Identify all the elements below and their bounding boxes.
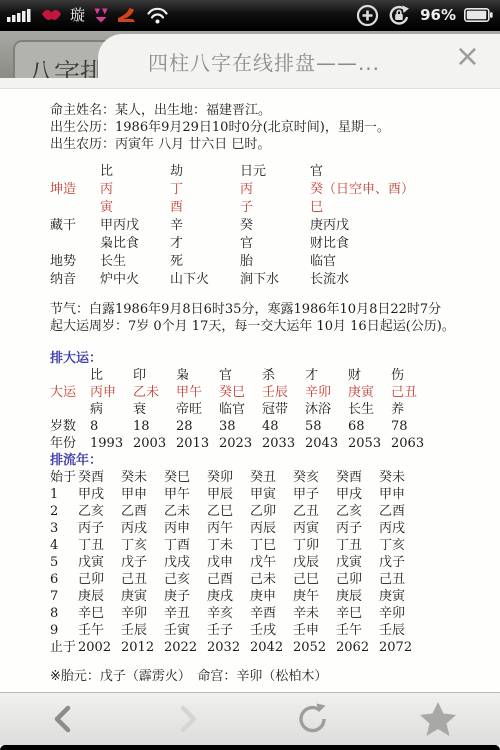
- table-cell: 18: [133, 418, 176, 435]
- table-cell: 丙: [240, 181, 310, 199]
- table-cell: 甲子: [293, 486, 336, 503]
- table-cell: 甲戌: [78, 486, 121, 503]
- table-cell: 乙丑: [293, 503, 336, 520]
- table-cell: 丁: [170, 181, 240, 199]
- table-cell: 1993: [90, 435, 133, 452]
- row-label: 坤造: [50, 181, 100, 199]
- row-label: 始于: [50, 469, 78, 486]
- table-cell: 财: [348, 367, 391, 384]
- tab-bottom-strip: [0, 78, 500, 88]
- row-label: [50, 401, 90, 418]
- name-line: 命主姓名：某人，出生地：福建晋江。: [50, 102, 500, 119]
- table-cell: 胎: [240, 253, 310, 271]
- table-row: 年份19932003201320232033204320532063: [50, 435, 500, 452]
- row-label: 藏干: [50, 217, 100, 235]
- table-cell: 临官: [310, 253, 380, 271]
- table-cell: 日元: [240, 163, 310, 181]
- row-label: [50, 199, 100, 217]
- table-cell: 丁未: [207, 537, 250, 554]
- table-row: 岁数818283848586878: [50, 418, 500, 435]
- table-cell: 辛酉: [250, 605, 293, 622]
- liunian-table: 始于癸酉癸未癸巳癸卯癸丑癸亥癸酉癸未1甲戌甲申甲午甲辰甲寅甲子甲戌甲申2乙亥乙酉…: [50, 469, 500, 656]
- table-cell: 才: [170, 235, 240, 253]
- table-row: 4丁丑丁亥丁酉丁未丁巳丁卯丁丑丁亥: [50, 537, 500, 554]
- row-label: 止于: [50, 639, 78, 656]
- table-cell: 巳: [310, 199, 380, 217]
- status-bar: 璇: [0, 0, 500, 30]
- table-cell: 酉: [170, 199, 240, 217]
- table-cell: 杀: [262, 367, 305, 384]
- table-cell: 癸（日空申、酉）: [310, 181, 380, 199]
- phone-screen: 璇: [0, 0, 500, 750]
- table-row: 寅酉子巳: [50, 199, 500, 217]
- table-cell: 丙戌: [121, 520, 164, 537]
- table-cell: 2063: [391, 435, 434, 452]
- table-cell: 壬寅: [164, 622, 207, 639]
- table-cell: 庚丙戊: [310, 217, 380, 235]
- table-cell: 2033: [262, 435, 305, 452]
- table-row: 比劫日元官: [50, 163, 500, 181]
- table-cell: 长流水: [310, 271, 380, 289]
- table-cell: 乙亥: [78, 503, 121, 520]
- table-row: 坤造丙丁丙癸（日空申、酉）: [50, 181, 500, 199]
- table-cell: 长生: [100, 253, 170, 271]
- table-row: 2乙亥乙酉乙未乙巳乙卯乙丑乙亥乙酉: [50, 503, 500, 520]
- close-tab-icon[interactable]: ×: [455, 42, 480, 72]
- table-row: 枭比食才官财比食: [50, 235, 500, 253]
- table-cell: 庚辰: [78, 588, 121, 605]
- table-cell: 枭比食: [100, 235, 170, 253]
- table-cell: 壬辰: [379, 622, 422, 639]
- table-cell: 寅: [100, 199, 170, 217]
- table-cell: 甲寅: [250, 486, 293, 503]
- table-cell: 己亥: [164, 571, 207, 588]
- refresh-icon: [295, 701, 331, 737]
- table-cell: 2062: [336, 639, 379, 656]
- table-cell: 己未: [250, 571, 293, 588]
- table-cell: 枭: [176, 367, 219, 384]
- table-cell: 甲午: [176, 384, 219, 401]
- table-row: 纳音炉中火山下火涧下水长流水: [50, 271, 500, 289]
- table-cell: 伤: [391, 367, 434, 384]
- row-label: 1: [50, 486, 78, 503]
- rotation-lock-icon: [387, 4, 412, 27]
- table-cell: 28: [176, 418, 219, 435]
- table-row: 3丙子丙戌丙申丙午丙辰丙寅丙子丙戌: [50, 520, 500, 537]
- table-row: 8辛巳辛卯辛丑辛亥辛酉辛未辛巳辛卯: [50, 605, 500, 622]
- table-cell: 才: [305, 367, 348, 384]
- table-cell: 戊寅: [336, 554, 379, 571]
- dayun-heading: 排大运：: [50, 350, 500, 367]
- browser-tab-bar: 八字排 四柱八字在线排盘——... ×: [0, 30, 500, 88]
- table-cell: 2022: [164, 639, 207, 656]
- table-cell: 丁丑: [336, 537, 379, 554]
- table-cell: 辛巳: [336, 605, 379, 622]
- row-label: 纳音: [50, 271, 100, 289]
- table-cell: 死: [170, 253, 240, 271]
- lunar-birth-line: 出生农历：丙寅年 八月 廿六日 巳时。: [50, 136, 500, 153]
- table-cell: 财比食: [310, 235, 380, 253]
- table-cell: 病: [90, 401, 133, 418]
- row-label: 3: [50, 520, 78, 537]
- table-cell: 庚寅: [121, 588, 164, 605]
- battery-icon: [464, 8, 493, 22]
- table-cell: 帝旺: [176, 401, 219, 418]
- table-cell: 2003: [133, 435, 176, 452]
- table-cell: 冠带: [262, 401, 305, 418]
- star-icon: [419, 701, 457, 737]
- wifi-icon: [146, 7, 169, 24]
- table-cell: 丙寅: [293, 520, 336, 537]
- table-row: 病衰帝旺临官冠带沐浴长生养: [50, 401, 500, 418]
- table-cell: 甲辰: [207, 486, 250, 503]
- table-cell: 辛卯: [305, 384, 348, 401]
- table-cell: 辛未: [293, 605, 336, 622]
- table-cell: 癸卯: [207, 469, 250, 486]
- table-cell: 己酉: [207, 571, 250, 588]
- solar-birth-line: 出生公历：1986年9月29日10时0分(北京时间)，星期一。: [50, 119, 500, 136]
- row-label: 大运: [50, 384, 90, 401]
- back-button[interactable]: [28, 696, 98, 742]
- table-cell: 官: [240, 235, 310, 253]
- table-cell: 8: [90, 418, 133, 435]
- screen-bottom-strip: [0, 745, 500, 750]
- table-cell: 2032: [207, 639, 250, 656]
- row-label: 8: [50, 605, 78, 622]
- table-row: 9壬午壬辰壬寅壬子壬戌壬申壬午壬辰: [50, 622, 500, 639]
- table-cell: 丁亥: [121, 537, 164, 554]
- table-cell: 戊子: [379, 554, 422, 571]
- row-label: [50, 367, 90, 384]
- jieqi-line: 节气：白露1986年9月8日6时35分，寒露1986年10月8日22时7分: [50, 301, 500, 318]
- table-cell: 2002: [78, 639, 121, 656]
- table-cell: 己巳: [293, 571, 336, 588]
- table-cell: 己丑: [121, 571, 164, 588]
- table-cell: 丙午: [207, 520, 250, 537]
- table-row: 止于20022012202220322042205220622072: [50, 639, 500, 656]
- table-cell: 乙酉: [379, 503, 422, 520]
- table-cell: 养: [391, 401, 434, 418]
- table-cell: 78: [391, 418, 434, 435]
- table-cell: 壬申: [293, 622, 336, 639]
- table-cell: 48: [262, 418, 305, 435]
- table-cell: 临官: [219, 401, 262, 418]
- table-cell: 庚申: [250, 588, 293, 605]
- table-cell: 乙未: [164, 503, 207, 520]
- table-cell: 甲午: [164, 486, 207, 503]
- table-cell: 官: [310, 163, 380, 181]
- table-cell: 乙卯: [250, 503, 293, 520]
- table-cell: 甲丙戊: [100, 217, 170, 235]
- table-cell: 癸酉: [336, 469, 379, 486]
- high-heel-emoji-icon: [117, 7, 138, 23]
- row-label: [50, 235, 100, 253]
- row-label: 岁数: [50, 418, 90, 435]
- taiyuan-minggong-line: ※胎元：戊子（霹雳火） 命宫：辛卯（松柏木）: [50, 668, 500, 685]
- table-cell: 乙亥: [336, 503, 379, 520]
- table-cell: 戊寅: [78, 554, 121, 571]
- table-cell: 庚寅: [348, 384, 391, 401]
- table-cell: 2053: [348, 435, 391, 452]
- table-cell: 戊辰: [293, 554, 336, 571]
- table-cell: 壬辰: [262, 384, 305, 401]
- table-cell: 辛卯: [379, 605, 422, 622]
- table-cell: 甲申: [379, 486, 422, 503]
- table-cell: 辛巳: [78, 605, 121, 622]
- table-cell: 庚辰: [336, 588, 379, 605]
- table-cell: 38: [219, 418, 262, 435]
- table-cell: 癸亥: [293, 469, 336, 486]
- table-cell: 丙辰: [250, 520, 293, 537]
- jieqi-block: 节气：白露1986年9月8日6时35分，寒露1986年10月8日22时7分 起大…: [50, 301, 500, 335]
- table-cell: 丁卯: [293, 537, 336, 554]
- table-cell: 己丑: [379, 571, 422, 588]
- table-cell: 印: [133, 367, 176, 384]
- table-cell: 癸未: [121, 469, 164, 486]
- table-cell: 2013: [176, 435, 219, 452]
- table-cell: 沐浴: [305, 401, 348, 418]
- battery-percent-label: 96%: [420, 6, 456, 24]
- table-cell: 甲申: [121, 486, 164, 503]
- forward-chevron-icon: [177, 705, 199, 733]
- row-label: 6: [50, 571, 78, 588]
- table-row: 大运丙申乙未甲午癸巳壬辰辛卯庚寅己丑: [50, 384, 500, 401]
- table-cell: 2012: [121, 639, 164, 656]
- table-cell: 劫: [170, 163, 240, 181]
- birth-info-block: 命主姓名：某人，出生地：福建晋江。 出生公历：1986年9月29日10时0分(北…: [50, 102, 500, 153]
- four-pillars-table: 比劫日元官坤造丙丁丙癸（日空申、酉）寅酉子巳藏干甲丙戊辛癸庚丙戊枭比食才官财比食…: [50, 163, 500, 289]
- table-cell: 衰: [133, 401, 176, 418]
- table-cell: 2043: [305, 435, 348, 452]
- row-label: 年份: [50, 435, 90, 452]
- table-cell: 丁亥: [379, 537, 422, 554]
- bookmark-button[interactable]: [403, 696, 473, 742]
- row-label: 9: [50, 622, 78, 639]
- table-cell: 庚寅: [379, 588, 422, 605]
- table-row: 5戊寅戊子戊戌戊申戊午戊辰戊寅戊子: [50, 554, 500, 571]
- liunian-heading: 排流年：: [50, 452, 500, 469]
- table-row: 6己卯己丑己亥己酉己未己巳己卯己丑: [50, 571, 500, 588]
- table-cell: 壬子: [207, 622, 250, 639]
- row-label: 地势: [50, 253, 100, 271]
- table-row: 1甲戌甲申甲午甲辰甲寅甲子甲戌甲申: [50, 486, 500, 503]
- carrier-label: 璇: [70, 8, 85, 23]
- table-row: 藏干甲丙戊辛癸庚丙戊: [50, 217, 500, 235]
- table-row: 比印枭官杀才财伤: [50, 367, 500, 384]
- table-cell: 丁酉: [164, 537, 207, 554]
- tab-title: 四柱八字在线排盘——...: [148, 47, 450, 76]
- table-cell: 甲戌: [336, 486, 379, 503]
- table-cell: 丙戌: [379, 520, 422, 537]
- table-cell: 己丑: [391, 384, 434, 401]
- table-cell: 乙酉: [121, 503, 164, 520]
- table-cell: 壬午: [78, 622, 121, 639]
- table-cell: 己卯: [78, 571, 121, 588]
- signal-strength-icon: [7, 8, 33, 22]
- table-cell: 丁丑: [78, 537, 121, 554]
- table-cell: 癸巳: [164, 469, 207, 486]
- table-cell: 辛卯: [121, 605, 164, 622]
- table-cell: 丙申: [164, 520, 207, 537]
- lips-emoji-icon: [41, 8, 62, 23]
- table-cell: 戊子: [121, 554, 164, 571]
- table-cell: 辛亥: [207, 605, 250, 622]
- table-cell: 2052: [293, 639, 336, 656]
- refresh-button[interactable]: [278, 696, 348, 742]
- row-label: [50, 163, 100, 181]
- table-cell: 比: [90, 367, 133, 384]
- row-label: 7: [50, 588, 78, 605]
- table-cell: 乙未: [133, 384, 176, 401]
- table-cell: 丁巳: [250, 537, 293, 554]
- table-cell: 癸酉: [78, 469, 121, 486]
- table-cell: 68: [348, 418, 391, 435]
- add-circle-icon: [356, 4, 379, 27]
- forward-button[interactable]: [153, 696, 223, 742]
- table-cell: 丙申: [90, 384, 133, 401]
- table-cell: 壬午: [336, 622, 379, 639]
- table-cell: 涧下水: [240, 271, 310, 289]
- table-cell: 癸: [240, 217, 310, 235]
- table-row: 始于癸酉癸未癸巳癸卯癸丑癸亥癸酉癸未: [50, 469, 500, 486]
- table-cell: 乙巳: [207, 503, 250, 520]
- table-cell: 官: [219, 367, 262, 384]
- table-cell: 2042: [250, 639, 293, 656]
- table-cell: 戊午: [250, 554, 293, 571]
- table-cell: 子: [240, 199, 310, 217]
- browser-toolbar: [0, 692, 500, 745]
- page-content: 命主姓名：某人，出生地：福建晋江。 出生公历：1986年9月29日10时0分(北…: [0, 88, 500, 692]
- back-chevron-icon: [52, 705, 74, 733]
- table-cell: 丙: [100, 181, 170, 199]
- table-cell: 戊申: [207, 554, 250, 571]
- table-cell: 壬戌: [250, 622, 293, 639]
- row-label: 4: [50, 537, 78, 554]
- table-cell: 丙子: [78, 520, 121, 537]
- dayun-table: 比印枭官杀才财伤大运丙申乙未甲午癸巳壬辰辛卯庚寅己丑病衰帝旺临官冠带沐浴长生养岁…: [50, 367, 500, 452]
- table-cell: 比: [100, 163, 170, 181]
- table-cell: 癸巳: [219, 384, 262, 401]
- table-cell: 己卯: [336, 571, 379, 588]
- table-cell: 辛丑: [164, 605, 207, 622]
- table-cell: 癸未: [379, 469, 422, 486]
- table-cell: 庚午: [293, 588, 336, 605]
- table-cell: 庚子: [164, 588, 207, 605]
- table-row: 地势长生死胎临官: [50, 253, 500, 271]
- table-row: 7庚辰庚寅庚子庚戌庚申庚午庚辰庚寅: [50, 588, 500, 605]
- qiyun-line: 起大运周岁：7岁 0个月 17天，每一交大运年 10月 16日起运(公历)。: [50, 318, 500, 335]
- bikini-emoji-icon: [93, 7, 109, 23]
- table-cell: 58: [305, 418, 348, 435]
- table-cell: 2023: [219, 435, 262, 452]
- table-cell: 壬辰: [121, 622, 164, 639]
- table-cell: 戊戌: [164, 554, 207, 571]
- table-cell: 山下火: [170, 271, 240, 289]
- table-cell: 癸丑: [250, 469, 293, 486]
- table-cell: 2072: [379, 639, 422, 656]
- table-cell: 庚戌: [207, 588, 250, 605]
- table-cell: 辛: [170, 217, 240, 235]
- row-label: 2: [50, 503, 78, 520]
- row-label: 5: [50, 554, 78, 571]
- table-cell: 长生: [348, 401, 391, 418]
- table-cell: 炉中火: [100, 271, 170, 289]
- table-cell: 丙子: [336, 520, 379, 537]
